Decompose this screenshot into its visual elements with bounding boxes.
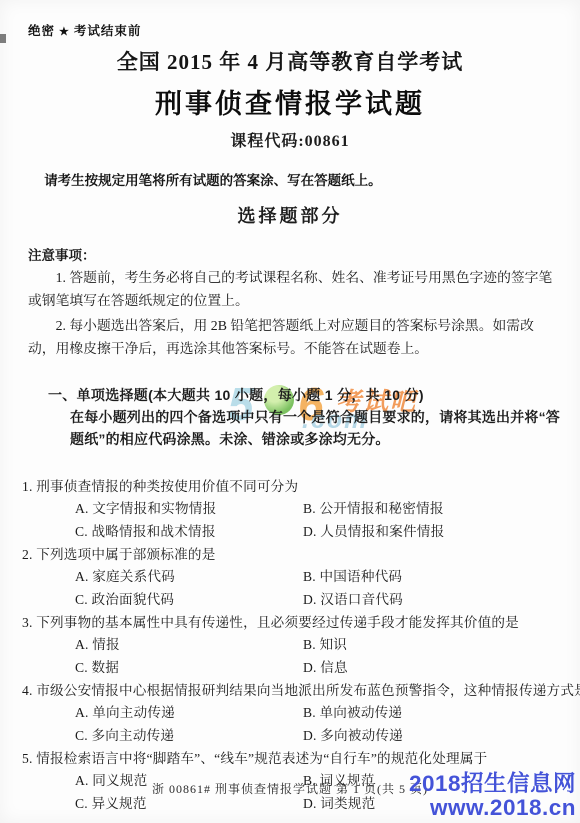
note-item-1: 1. 答题前，考生务必将自己的考试课程名称、姓名、准考证号用黑色字迹的签字笔或钢… [28,267,554,312]
paper-title: 刑事侦查情报学试题 [0,82,580,121]
answer-sheet-instruction: 请考生按规定用笔将所有试题的答案涂、写在答题纸上。 [28,169,552,189]
question-4: 4. 市级公安情报中心根据情报研判结果向当地派出所发布蓝色预警指令，这种情报传递… [22,680,578,747]
question-stem: 2. 下列选项中属于部颁标准的是 [22,544,578,566]
note-item-2: 2. 每小题选出答案后，用 2B 铅笔把答题纸上对应题目的答案标号涂黑。如需改动… [28,315,554,360]
option-item: A. 情报 [75,634,303,657]
option-grid: A. 情报 B. 知识 C. 数据 D. 信息 [75,634,578,679]
watermark-2018-site: 2018招生信息网 www.2018.cn [409,772,576,820]
option-item: D. 信息 [303,657,578,680]
option-item: C. 政治面貌代码 [75,589,303,612]
watermark-2018-line2: www.2018.cn [409,796,576,820]
option-item: A. 单向主动传递 [75,702,303,725]
question-stem: 5. 情报检索语言中将“脚踏车”、“线车”规范表述为“自行车”的规范化处理属于 [22,748,578,770]
option-item: A. 家庭关系代码 [75,566,303,589]
option-item: A. 文字情报和实物情报 [75,498,303,521]
question-stem: 3. 下列事物的基本属性中具有传递性，且必须要经过传递手段才能发挥其价值的是 [22,612,578,634]
option-item: B. 单向被动传递 [303,702,578,725]
option-item: D. 汉语口音代码 [303,589,578,612]
question-3: 3. 下列事物的基本属性中具有传递性，且必须要经过传递手段才能发挥其价值的是 A… [22,612,578,679]
option-item: D. 多向被动传递 [303,725,578,748]
option-item: B. 公开情报和秘密情报 [303,498,578,521]
option-item: C. 多向主动传递 [75,725,303,748]
exam-paper-page: 绝密★考试结束前 全国 2015 年 4 月高等教育自学考试 刑事侦查情报学试题… [0,0,580,823]
part-title: 选择题部分 [0,202,580,228]
notes-heading: 注意事项： [28,244,580,264]
option-item: D. 人员情报和案件情报 [303,521,578,544]
exam-title: 全国 2015 年 4 月高等教育自学考试 [0,0,580,76]
course-code: 课程代码:00861 [0,128,580,151]
question-stem: 1. 刑事侦查情报的种类按使用价值不同可分为 [22,476,578,498]
question-2: 2. 下列选项中属于部颁标准的是 A. 家庭关系代码 B. 中国语种代码 C. … [22,544,578,611]
question-stem: 4. 市级公安情报中心根据情报研判结果向当地派出所发布蓝色预警指令，这种情报传递… [22,680,578,702]
section-note: 在每小题列出的四个备选项中只有一个是符合题目要求的，请将其选出并将“答题纸”的相… [70,406,562,450]
question-1: 1. 刑事侦查情报的种类按使用价值不同可分为 A. 文字情报和实物情报 B. 公… [22,476,578,543]
section-heading: 一、单项选择题(本大题共 10 小题，每小题 1 分，共 10 分) [48,385,580,405]
watermark-2018-line1: 2018招生信息网 [409,772,576,796]
option-item: C. 数据 [75,657,303,680]
option-item: B. 知识 [303,634,578,657]
option-item: B. 中国语种代码 [303,566,578,589]
option-grid: A. 家庭关系代码 B. 中国语种代码 C. 政治面貌代码 D. 汉语口音代码 [75,566,578,611]
question-list: 1. 刑事侦查情报的种类按使用价值不同可分为 A. 文字情报和实物情报 B. 公… [22,476,578,815]
option-grid: A. 单向主动传递 B. 单向被动传递 C. 多向主动传递 D. 多向被动传递 [75,702,578,747]
option-grid: A. 文字情报和实物情报 B. 公开情报和秘密情报 C. 战略情报和战术情报 D… [75,498,578,543]
option-item: C. 战略情报和战术情报 [75,521,303,544]
